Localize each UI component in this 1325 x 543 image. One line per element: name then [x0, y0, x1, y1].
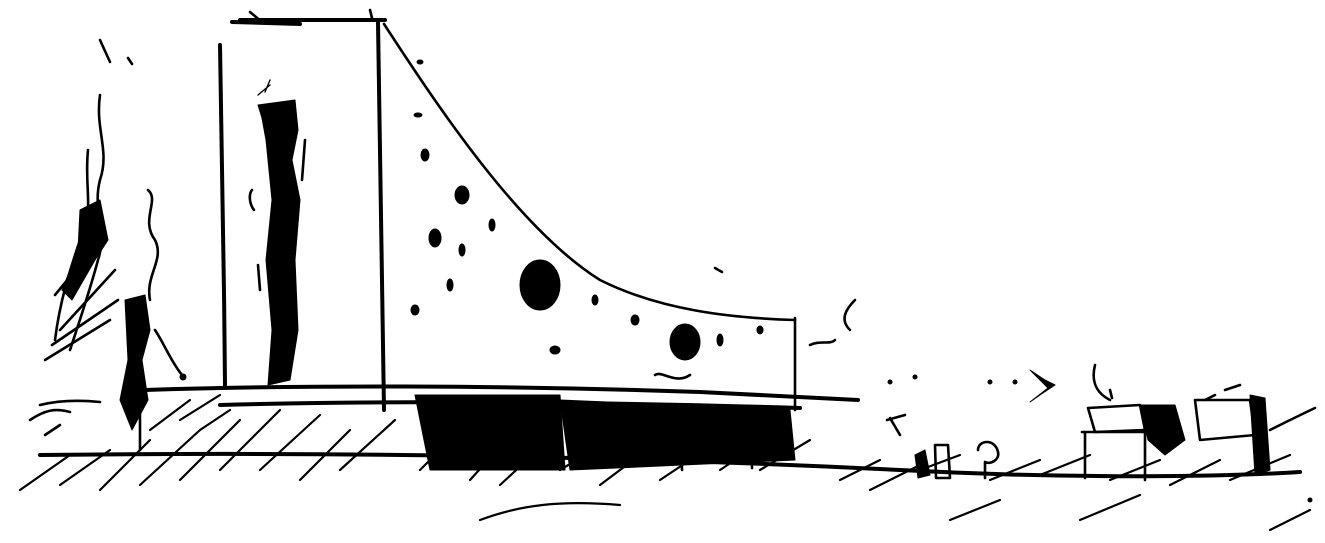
tower — [220, 10, 385, 410]
curved-roof — [384, 24, 835, 410]
architectural-sketch — [0, 0, 1325, 543]
vehicles — [1082, 365, 1315, 480]
figures — [845, 300, 1055, 478]
